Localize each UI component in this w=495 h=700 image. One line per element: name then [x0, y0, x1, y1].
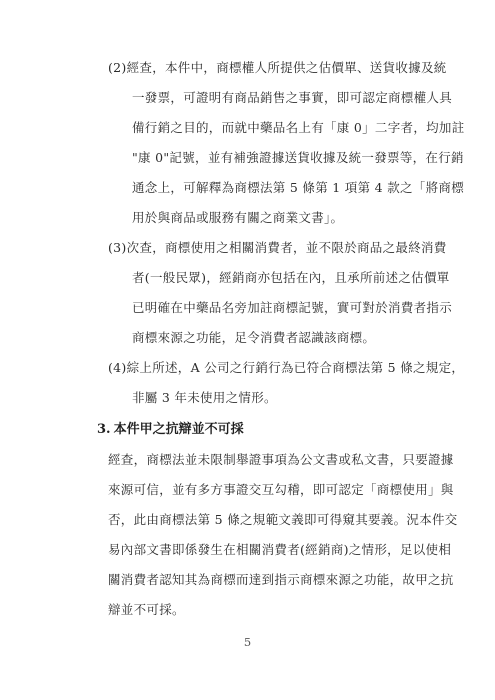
- heading-number: 3.: [97, 422, 111, 437]
- text-line: 易內部文書即係發生在相關消費者(經銷商)之情形，足以使相: [108, 535, 442, 565]
- text-line: (3)次查，商標使用之相關消費者，並不限於商品之最終消費: [108, 233, 442, 263]
- text-line: "康 0"記號，並有補強證據送貨收據及統一發票等，在行銷: [108, 143, 442, 173]
- text-line: 已明確在中藥品名旁加註商標記號，實可對於消費者指示: [108, 293, 442, 323]
- text-line: 商標來源之功能，足令消費者認識該商標。: [108, 323, 442, 353]
- document-body: (2)經查，本件中，商標權人所提供之估價單、送貨收據及統 一發票，可證明有商品銷…: [108, 53, 442, 625]
- text-line: 非屬 3 年未使用之情形。: [108, 383, 442, 413]
- text-line: 者(一般民眾)，經銷商亦包括在內，且承所前述之估價單: [108, 263, 442, 293]
- list-item-2: (2)經查，本件中，商標權人所提供之估價單、送貨收據及統 一發票，可證明有商品銷…: [108, 53, 442, 233]
- text-line: 一發票，可證明有商品銷售之事實，即可認定商標權人具: [108, 83, 442, 113]
- closing-paragraph: 經查，商標法並未限制舉證事項為公文書或私文書，只要證據 來源可信，並有多方事證交…: [108, 445, 442, 625]
- list-item-3: (3)次查，商標使用之相關消費者，並不限於商品之最終消費 者(一般民眾)，經銷商…: [108, 233, 442, 353]
- text-line: 經查，商標法並未限制舉證事項為公文書或私文書，只要證據: [108, 445, 442, 475]
- text-line: 辯並不可採。: [108, 595, 442, 625]
- text-line: 用於與商品或服務有關之商業文書」。: [108, 203, 442, 233]
- document-page: (2)經查，本件中，商標權人所提供之估價單、送貨收據及統 一發票，可證明有商品銷…: [0, 0, 495, 700]
- text-line: (4)綜上所述，A 公司之行銷行為已符合商標法第 5 條之規定，: [108, 353, 442, 383]
- list-item-4: (4)綜上所述，A 公司之行銷行為已符合商標法第 5 條之規定， 非屬 3 年未…: [108, 353, 442, 413]
- text-line: 否，此由商標法第 5 條之規範文義即可得窺其要義。況本件交: [108, 505, 442, 535]
- heading-title: 本件甲之抗辯並不可採: [114, 422, 244, 437]
- text-line: 備行銷之目的，而就中藥品名上有「康 0」二字者，均加註: [108, 113, 442, 143]
- text-line: (2)經查，本件中，商標權人所提供之估價單、送貨收據及統: [108, 53, 442, 83]
- section-heading-3: 3.本件甲之抗辯並不可採: [97, 415, 442, 445]
- text-line: 來源可信，並有多方事證交互勾稽，即可認定「商標使用」與: [108, 475, 442, 505]
- text-line: 關消費者認知其為商標而達到指示商標來源之功能，故甲之抗: [108, 565, 442, 595]
- text-line: 通念上，可解釋為商標法第 5 條第 1 項第 4 款之「將商標: [108, 173, 442, 203]
- page-number: 5: [0, 634, 495, 650]
